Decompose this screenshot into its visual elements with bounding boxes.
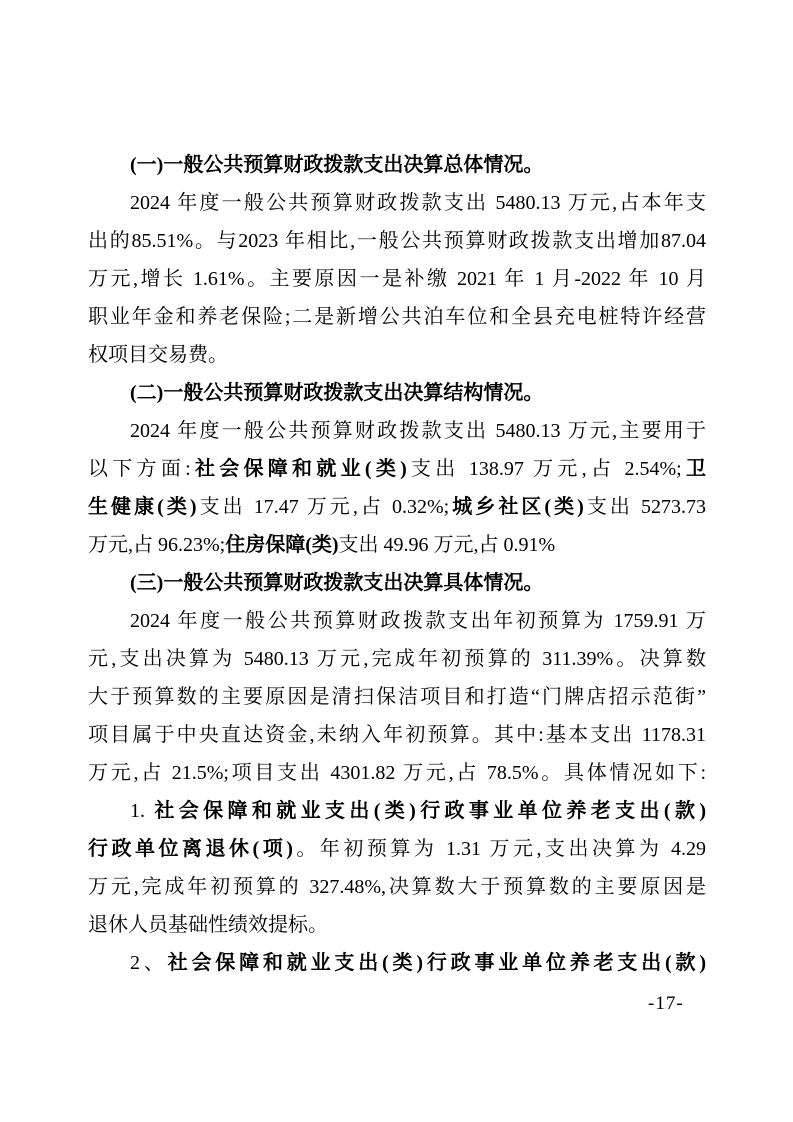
section-heading-2: (二)一般公共预算财政拨款支出决算结构情况。 (88, 374, 706, 412)
paragraph-3-line-1: 2024 年度一般公共预算财政拨款支出年初预算为 1759.91 万 (88, 602, 706, 640)
text-segment: 万元,完成年初预算的 327.48%,决算数大于预算数的主要原因是 (88, 876, 706, 898)
paragraph-2-line-4: 万元,占 96.23%;住房保障(类)支出 49.96 万元,占 0.91% (88, 526, 706, 564)
bold-text-segment: 住房保障(类) (225, 534, 338, 556)
text-segment: 支出 5273.73 (584, 496, 706, 518)
text-segment: 大于预算数的主要原因是清扫保洁项目和打造“门牌店招示范街” (88, 686, 706, 708)
document-page: (一)一般公共预算财政拨款支出决算总体情况。2024 年度一般公共预算财政拨款支… (0, 0, 793, 1122)
paragraph-1-line-1: 2024 年度一般公共预算财政拨款支出 5480.13 万元,占本年支 (88, 184, 706, 222)
item-1-line-2: 行政单位离退休(项)。年初预算为 1.31 万元,支出决算为 4.29 (88, 830, 706, 868)
text-segment: 2024 年度一般公共预算财政拨款支出 5480.13 万元,主要用于 (130, 420, 706, 442)
text-segment: 元,支出决算为 5480.13 万元,完成年初预算的 311.39%。决算数 (88, 648, 706, 670)
text-segment: 项目属于中央直达资金,未纳入年初预算。其中:基本支出 1178.31 (88, 724, 706, 746)
bold-text-segment: (三)一般公共预算财政拨款支出决算具体情况。 (130, 572, 543, 594)
text-segment: 权项目交易费。 (88, 344, 228, 366)
paragraph-3-line-5: 万元,占 21.5%;项目支出 4301.82 万元,占 78.5%。具体情况如… (88, 754, 706, 792)
text-segment: 支出 49.96 万元,占 0.91% (339, 534, 556, 556)
item-1-heading-line-1: 1. 社会保障和就业支出(类)行政事业单位养老支出(款) (88, 792, 706, 830)
text-segment: 万元,占 96.23%; (88, 534, 225, 556)
document-body: (一)一般公共预算财政拨款支出决算总体情况。2024 年度一般公共预算财政拨款支… (88, 146, 706, 982)
paragraph-1-line-3: 万元,增长 1.61%。主要原因一是补缴 2021 年 1 月-2022 年 1… (88, 260, 706, 298)
text-segment: 2024 年度一般公共预算财政拨款支出 5480.13 万元,占本年支 (130, 192, 706, 214)
bold-text-segment: 社会保障和就业(类) (191, 458, 407, 480)
paragraph-2-line-2: 以下方面:社会保障和就业(类)支出 138.97 万元,占 2.54%;卫 (88, 450, 706, 488)
text-segment: 支出 17.47 万元,占 0.32%; (197, 496, 450, 518)
paragraph-2-line-1: 2024 年度一般公共预算财政拨款支出 5480.13 万元,主要用于 (88, 412, 706, 450)
paragraph-2-line-3: 生健康(类)支出 17.47 万元,占 0.32%;城乡社区(类)支出 5273… (88, 488, 706, 526)
section-heading-1: (一)一般公共预算财政拨款支出决算总体情况。 (88, 146, 706, 184)
text-segment: 万元,占 21.5%;项目支出 4301.82 万元,占 78.5%。具体情况如… (88, 762, 706, 784)
text-segment: 2、 (130, 952, 168, 974)
page-number: -17- (648, 993, 684, 1015)
bold-text-segment: 卫 (682, 458, 706, 480)
bold-text-segment: (一)一般公共预算财政拨款支出决算总体情况。 (130, 154, 543, 176)
text-segment: 出的85.51%。与2023 年相比,一般公共预算财政拨款支出增加87.04 (88, 230, 706, 252)
text-segment: 退休人员基础性绩效提标。 (88, 914, 328, 936)
bold-text-segment: 城乡社区(类) (449, 496, 584, 518)
text-segment: 。年初预算为 1.31 万元,支出决算为 4.29 (293, 838, 706, 860)
item-2-heading-line-1: 2、社会保障和就业支出(类)行政事业单位养老支出(款) (88, 944, 706, 982)
paragraph-3-line-4: 项目属于中央直达资金,未纳入年初预算。其中:基本支出 1178.31 (88, 716, 706, 754)
text-segment: 支出 138.97 万元,占 2.54%; (407, 458, 682, 480)
item-1-line-4: 退休人员基础性绩效提标。 (88, 906, 706, 944)
text-segment: 1. (130, 800, 154, 822)
bold-text-segment: 生健康(类) (88, 496, 197, 518)
paragraph-1-line-2: 出的85.51%。与2023 年相比,一般公共预算财政拨款支出增加87.04 (88, 222, 706, 260)
text-segment: 万元,增长 1.61%。主要原因一是补缴 2021 年 1 月-2022 年 1… (88, 268, 706, 290)
bold-text-segment: 社会保障和就业支出(类)行政事业单位养老支出(款) (154, 800, 706, 822)
paragraph-3-line-2: 元,支出决算为 5480.13 万元,完成年初预算的 311.39%。决算数 (88, 640, 706, 678)
text-segment: 2024 年度一般公共预算财政拨款支出年初预算为 1759.91 万 (130, 610, 706, 632)
bold-text-segment: 社会保障和就业支出(类)行政事业单位养老支出(款) (168, 952, 706, 974)
item-1-line-3: 万元,完成年初预算的 327.48%,决算数大于预算数的主要原因是 (88, 868, 706, 906)
paragraph-3-line-3: 大于预算数的主要原因是清扫保洁项目和打造“门牌店招示范街” (88, 678, 706, 716)
section-heading-3: (三)一般公共预算财政拨款支出决算具体情况。 (88, 564, 706, 602)
bold-text-segment: (二)一般公共预算财政拨款支出决算结构情况。 (130, 382, 543, 404)
bold-text-segment: 行政单位离退休(项) (88, 838, 293, 860)
text-segment: 职业年金和养老保险;二是新增公共泊车位和全县充电桩特许经营 (88, 306, 706, 328)
text-segment: 以下方面: (88, 458, 191, 480)
paragraph-1-line-4: 职业年金和养老保险;二是新增公共泊车位和全县充电桩特许经营 (88, 298, 706, 336)
paragraph-1-line-5: 权项目交易费。 (88, 336, 706, 374)
